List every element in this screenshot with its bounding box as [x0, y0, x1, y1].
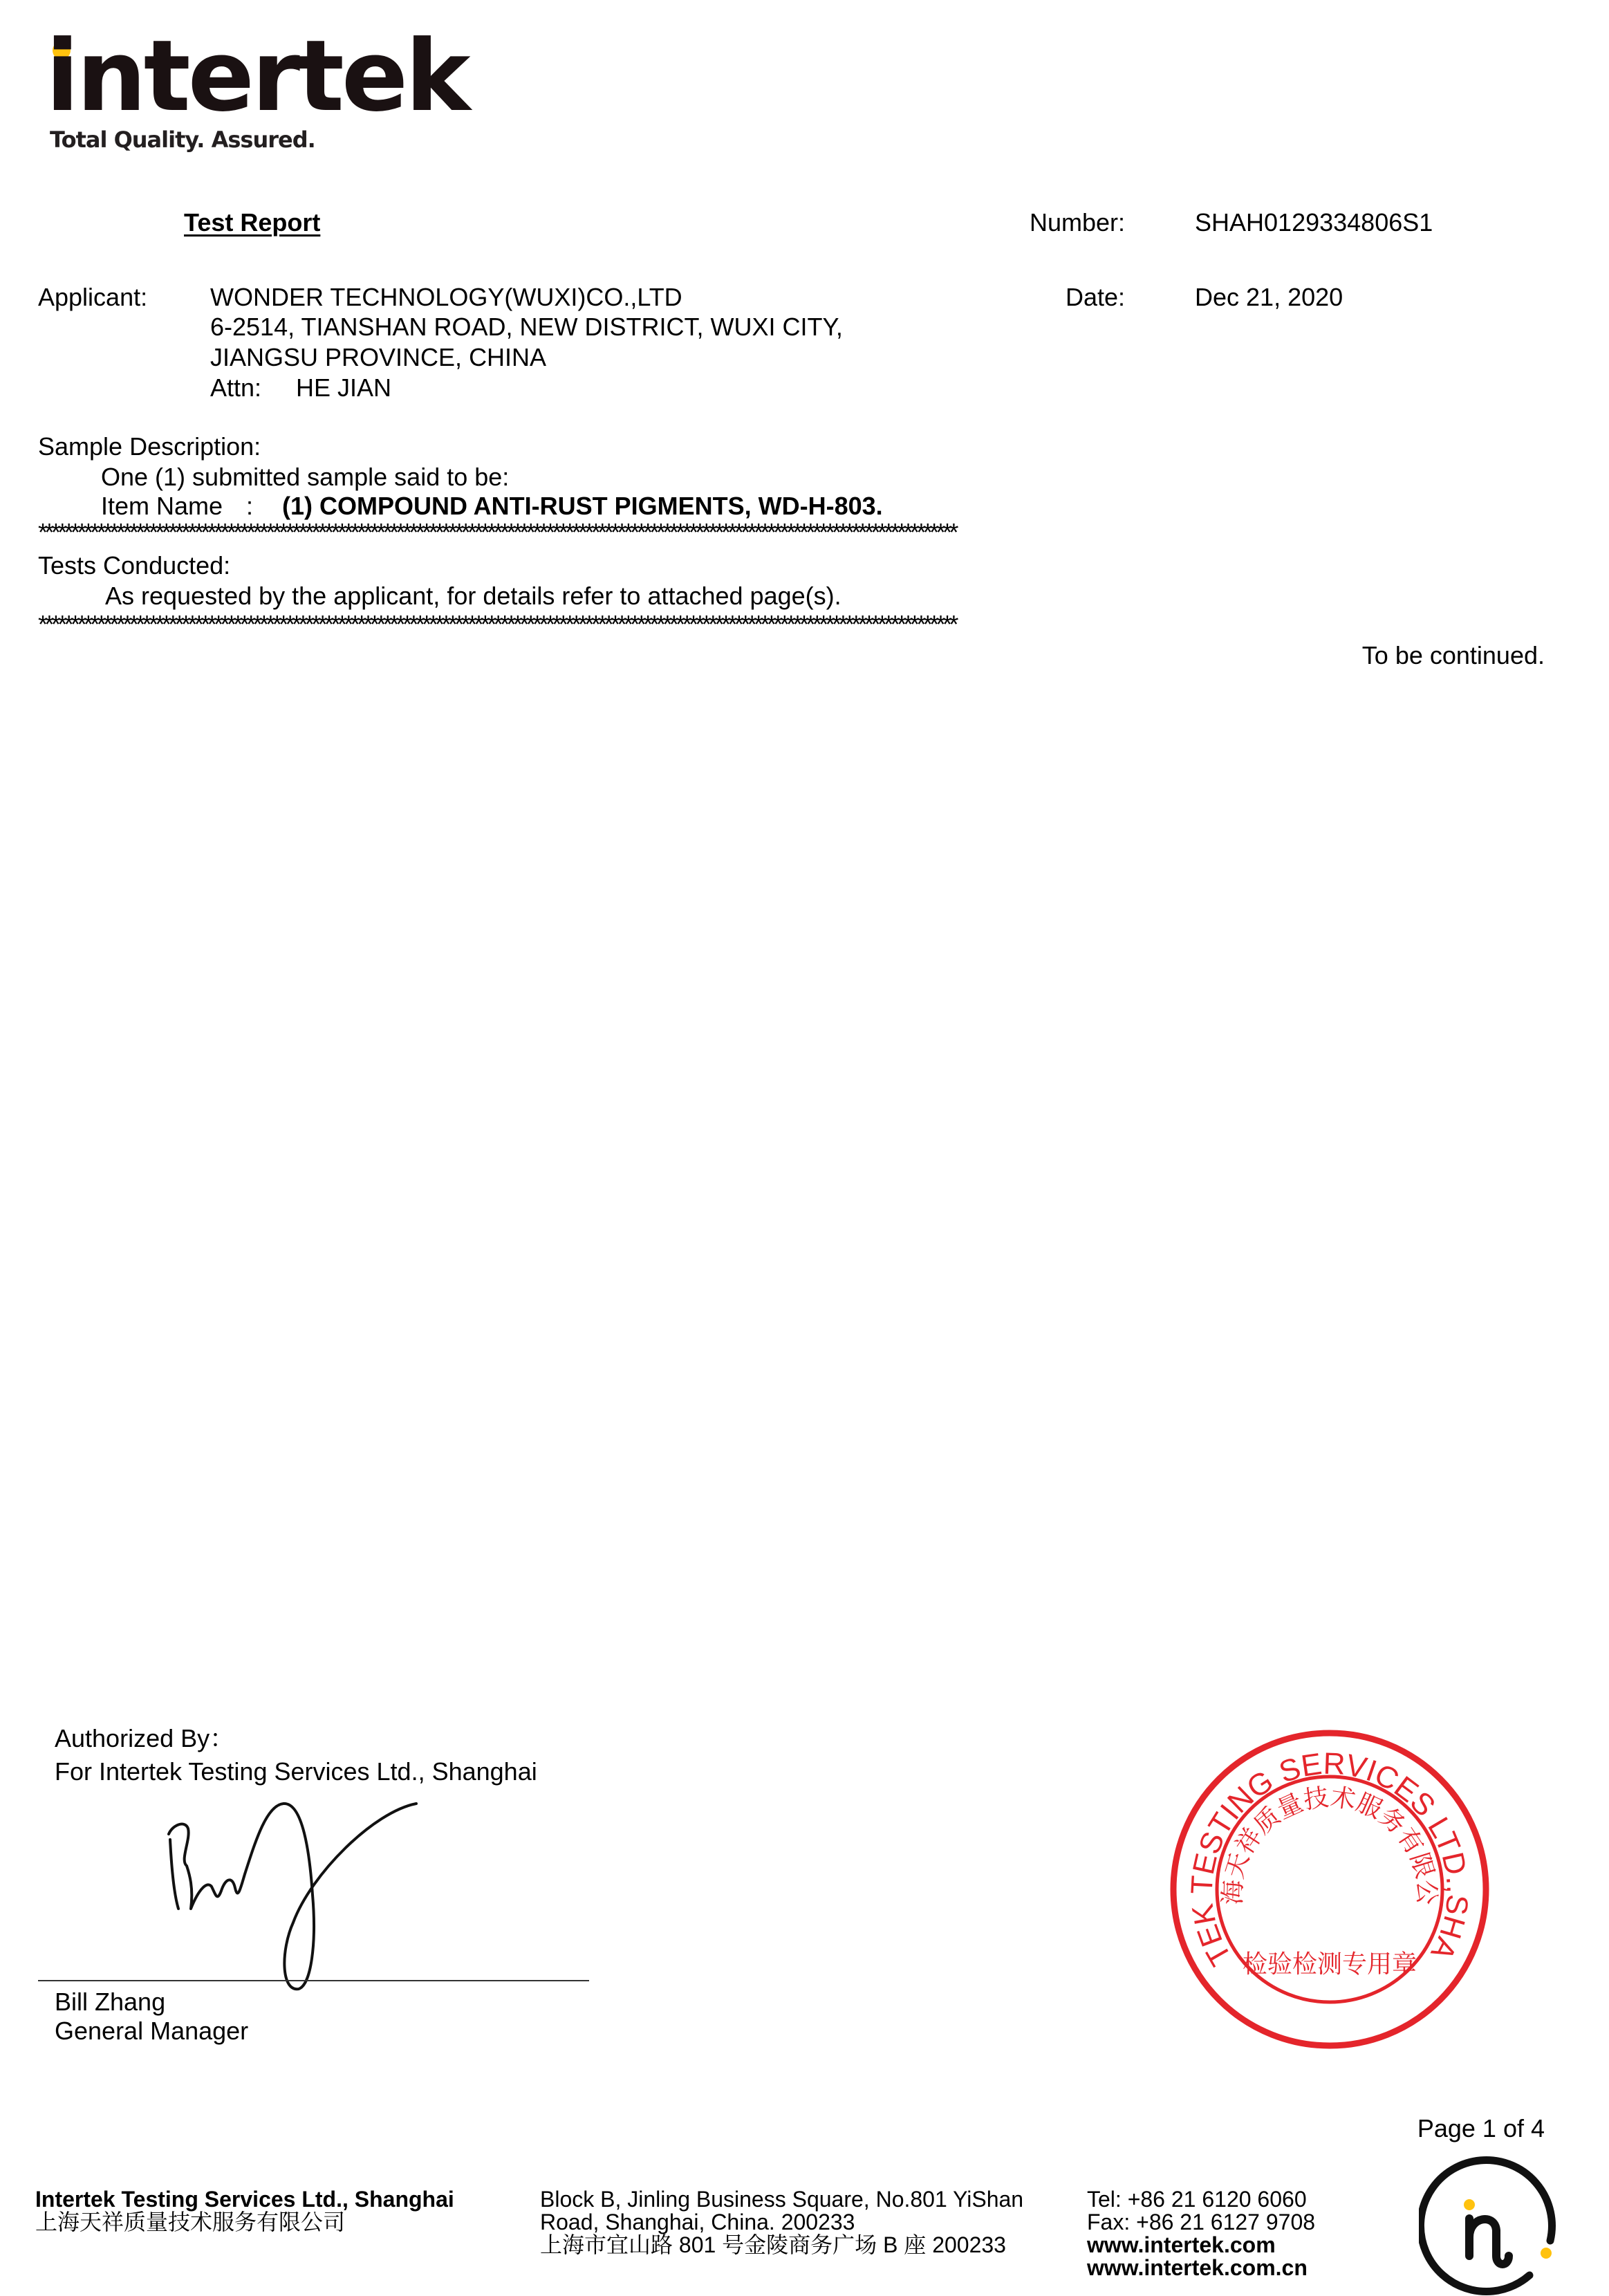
stamp-outer-text: INTERTEK TESTING SERVICES LTD.,SHANGHAI — [1167, 1727, 1474, 1972]
footer-website-cn[interactable]: www.intertek.com.cn — [1087, 2257, 1308, 2279]
number-label: Number: — [1030, 207, 1125, 237]
intertek-in-logo-icon — [1419, 2151, 1564, 2296]
separator-stars: ****************************************… — [38, 522, 1545, 543]
signature-line — [38, 1980, 589, 1981]
signature-image — [145, 1784, 505, 1992]
sample-heading: Sample Description: — [38, 432, 261, 461]
applicant-address-1: 6-2514, TIANSHAN ROAD, NEW DISTRICT, WUX… — [210, 312, 843, 342]
to-be-continued: To be continued. — [1362, 640, 1545, 670]
applicant-address-2: JIANGSU PROVINCE, CHINA — [210, 342, 546, 372]
item-name-value: (1) COMPOUND ANTI-RUST PIGMENTS, WD-H-80… — [282, 491, 883, 521]
authorized-org: For Intertek Testing Services Ltd., Shan… — [55, 1757, 537, 1786]
footer-address-1: Block B, Jinling Business Square, No.801… — [540, 2188, 1023, 2211]
report-date: Dec 21, 2020 — [1195, 282, 1343, 312]
signer-name: Bill Zhang — [55, 1987, 165, 2017]
page-indicator: Page 1 of 4 — [1417, 2113, 1545, 2143]
attn-value: HE JIAN — [296, 373, 391, 402]
company-seal-stamp: INTERTEK TESTING SERVICES LTD.,SHANGHAI … — [1167, 1727, 1492, 2052]
footer-tel: Tel: +86 21 6120 6060 — [1087, 2188, 1307, 2211]
logo-tagline: Total Quality. Assured. — [50, 127, 315, 153]
footer-address-2: Road, Shanghai, China. 200233 — [540, 2211, 855, 2234]
footer-company-en: Intertek Testing Services Ltd., Shanghai — [35, 2188, 454, 2211]
footer-website-com[interactable]: www.intertek.com — [1087, 2234, 1276, 2257]
footer-company-cn: 上海天祥质量技术服务有限公司 — [35, 2211, 345, 2234]
intertek-logo: intertek — [46, 32, 468, 122]
footer-address-cn: 上海市宜山路 801 号金陵商务广场 B 座 200233 — [540, 2234, 1006, 2257]
tests-heading: Tests Conducted: — [38, 550, 230, 580]
date-label: Date: — [1066, 282, 1125, 312]
item-name-separator: : — [246, 491, 253, 521]
authorized-by-label: Authorized By： — [55, 1723, 234, 1753]
tests-text: As requested by the applicant, for detai… — [105, 581, 841, 611]
report-number: SHAH0129334806S1 — [1195, 207, 1433, 237]
item-name-label: Item Name — [101, 491, 223, 521]
attn-label: Attn: — [210, 373, 261, 402]
applicant-company: WONDER TECHNOLOGY(WUXI)CO.,LTD — [210, 282, 682, 312]
applicant-label: Applicant: — [38, 282, 147, 312]
signer-title: General Manager — [55, 2016, 248, 2046]
separator-stars: ****************************************… — [38, 614, 1545, 635]
sample-intro: One (1) submitted sample said to be: — [101, 462, 509, 492]
stamp-bottom-text: 检验检测专用章 — [1243, 1950, 1417, 1979]
footer-fax: Fax: +86 21 6127 9708 — [1087, 2211, 1315, 2234]
page-title: Test Report — [184, 207, 320, 237]
